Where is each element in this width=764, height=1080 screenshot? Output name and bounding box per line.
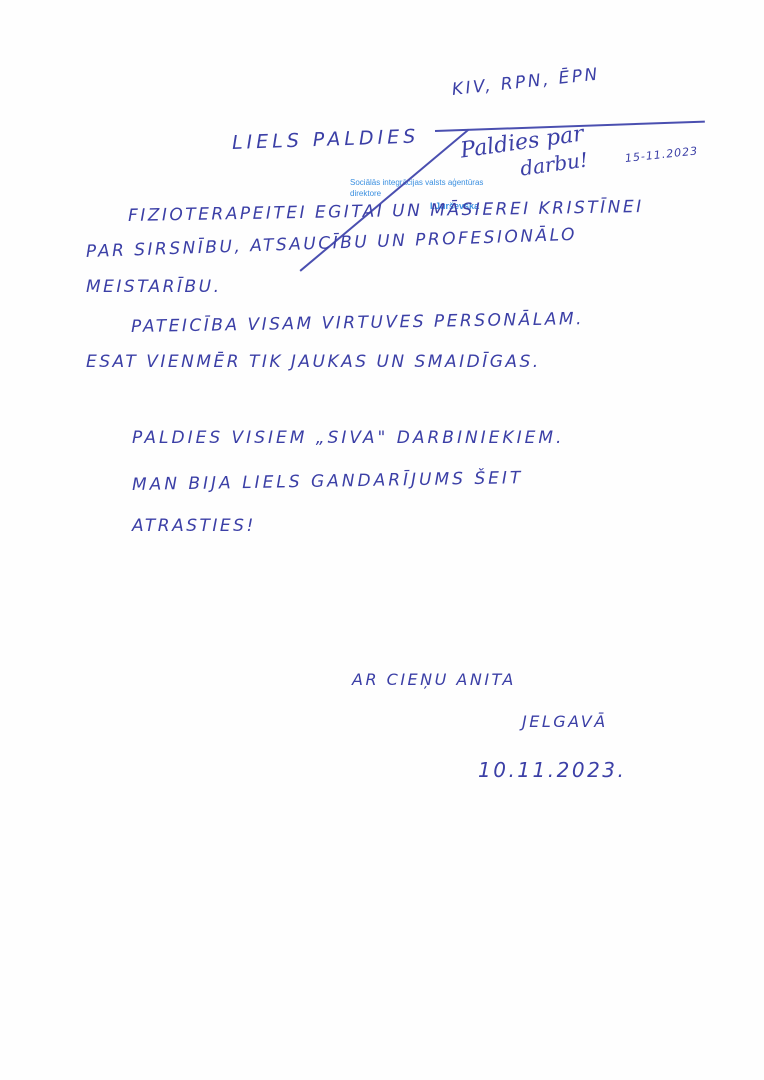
paragraph3-line2: MAN BIJA LIELS GANDARĪJUMS ŠEIT xyxy=(132,468,524,495)
stamp-agency: Sociālās integrācijas valsts aģentūras xyxy=(350,178,483,187)
routing-annotation: KIV, RPN, ĒPN xyxy=(451,65,601,100)
paragraph1-line1: FIZIOTERAPEITEI EGITAI UN MĀSIEREI KRIST… xyxy=(128,197,644,226)
paragraph3-line1: PALDIES VISIEM „SIVA" DARBINIEKIEM. xyxy=(132,428,564,448)
paragraph1-line2: PAR SIRSNĪBU, ATSAUCĪBU UN PROFESIONĀLO xyxy=(86,225,578,262)
paragraph1-line3: MEISTARĪBU. xyxy=(86,277,222,297)
paragraph3-line3: ATRASTIES! xyxy=(132,516,256,536)
scanned-letter-page: KIV, RPN, ĒPN Paldies par darbu! 15-11.2… xyxy=(0,0,764,1080)
paragraph2-line1: PATEICĪBA VISAM VIRTUVES PERSONĀLAM. xyxy=(131,309,584,337)
letter-heading: LIELS PALDIES xyxy=(232,125,420,154)
stamp-title: direktore xyxy=(350,189,381,198)
signature-place: JELGAVĀ xyxy=(522,712,608,731)
paragraph2-line2: ESAT VIENMĒR TIK JAUKAS UN SMAIDĪGAS. xyxy=(86,352,541,372)
annotation-date: 15-11.2023 xyxy=(624,144,698,165)
signature-closing: AR CIEŅU ANITA xyxy=(352,670,516,689)
signature-date: 10.11.2023. xyxy=(478,758,626,782)
